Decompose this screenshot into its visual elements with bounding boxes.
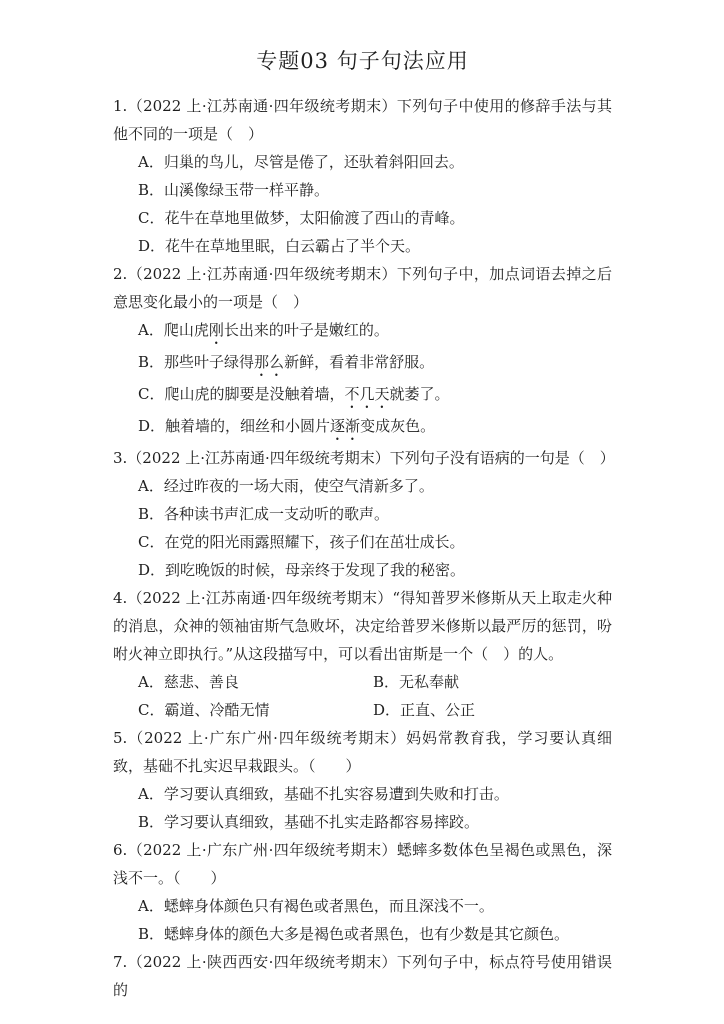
option-label: A．: [138, 897, 164, 915]
question-2-option-b: B．那些叶子绿得那么新鲜，看着非常舒服。: [138, 348, 612, 380]
question-2: 2.（2022 上·江苏南通·四年级统考期末）下列句子中，加点词语去掉之后意思变…: [113, 260, 612, 444]
question-5-option-a: A．学习要认真细致，基础不扎实容易遭到失败和打击。: [138, 780, 612, 808]
question-2-option-d: D．触着墙的，细丝和小圆片逐渐变成灰色。: [138, 412, 612, 444]
option-label: B．: [138, 925, 164, 943]
option-text: 爬山虎: [164, 321, 209, 339]
option-label: B．: [138, 181, 164, 199]
question-2-option-c: C．爬山虎的脚要是没触着墙，不几天就萎了。: [138, 380, 612, 412]
question-4-option-c: C．霸道、冷酷无情: [138, 696, 373, 724]
option-label: A．: [138, 785, 164, 803]
option-label: A．: [138, 673, 164, 691]
option-text: 就萎了。: [390, 385, 450, 403]
option-text: 无私奉献: [399, 673, 459, 691]
question-2-stem: 2.（2022 上·江苏南通·四年级统考期末）下列句子中，加点词语去掉之后意思变…: [113, 260, 612, 316]
question-5-option-b: B．学习要认真细致，基础不扎实走路都容易摔跤。: [138, 808, 612, 836]
option-text: 学习要认真细致，基础不扎实容易遭到失败和打击。: [164, 785, 509, 803]
question-4-option-a: A．慈悲、善良: [138, 668, 373, 696]
question-4-option-d: D．正直、公正: [373, 696, 612, 724]
option-label: A．: [138, 321, 164, 339]
option-text: 归巢的鸟儿，尽管是倦了，还驮着斜阳回去。: [164, 153, 464, 171]
question-4-option-b: B．无私奉献: [373, 668, 612, 696]
option-text: 山溪像绿玉带一样平静。: [164, 181, 329, 199]
emphasized-word: 刚: [209, 321, 224, 339]
option-label: D．: [373, 701, 400, 719]
question-4-stem: 4.（2022 上·江苏南通·四年级统考期末）“得知普罗米修斯从天上取走火种的消…: [113, 584, 612, 668]
question-3: 3.（2022 上·江苏南通·四年级统考期末）下列句子没有语病的一句是（ ） A…: [113, 444, 612, 584]
option-label: D．: [138, 561, 165, 579]
option-label: C．: [138, 209, 164, 227]
question-3-option-b: B．各种读书声汇成一支动听的歌声。: [138, 500, 612, 528]
page-title: 专题03 句子句法应用: [113, 46, 612, 76]
question-2-option-a: A．爬山虎刚长出来的叶子是嫩红的。: [138, 316, 612, 348]
option-text: 各种读书声汇成一支动听的歌声。: [164, 505, 389, 523]
question-6: 6.（2022 上·广东广州·四年级统考期末）蟋蟀多数体色呈褐色或黑色，深浅不一…: [113, 836, 612, 948]
question-3-option-c: C．在党的阳光雨露照耀下，孩子们在茁壮成长。: [138, 528, 612, 556]
option-text: 新鲜，看着非常舒服。: [284, 353, 434, 371]
question-1-stem: 1.（2022 上·江苏南通·四年级统考期末）下列句子中使用的修辞手法与其他不同…: [113, 92, 612, 148]
question-1-option-b: B．山溪像绿玉带一样平静。: [138, 176, 612, 204]
question-4-options: A．慈悲、善良 B．无私奉献 C．霸道、冷酷无情 D．正直、公正: [138, 668, 612, 724]
option-text: 慈悲、善良: [164, 673, 239, 691]
option-text: 蟋蟀身体颜色只有褐色或者黑色，而且深浅不一。: [164, 897, 494, 915]
option-text: 变成灰色。: [360, 417, 435, 435]
option-label: B．: [373, 673, 399, 691]
option-label: A．: [138, 153, 164, 171]
option-text: 霸道、冷酷无情: [164, 701, 269, 719]
option-label: C．: [138, 701, 164, 719]
question-7: 7.（2022 上·陕西西安·四年级统考期末）下列句子中，标点符号使用错误的: [113, 948, 612, 1004]
option-text: 到吃晚饭的时候，母亲终于发现了我的秘密。: [165, 561, 465, 579]
option-text: 学习要认真细致，基础不扎实走路都容易摔跤。: [164, 813, 479, 831]
option-label: C．: [138, 385, 164, 403]
option-text: 触着墙的，细丝和小圆片: [165, 417, 330, 435]
question-5-stem: 5.（2022 上·广东广州·四年级统考期末）妈妈常教育我，学习要认真细致，基础…: [113, 724, 612, 780]
question-6-option-a: A．蟋蟀身体颜色只有褐色或者黑色，而且深浅不一。: [138, 892, 612, 920]
question-4: 4.（2022 上·江苏南通·四年级统考期末）“得知普罗米修斯从天上取走火种的消…: [113, 584, 612, 724]
option-text: 经过昨夜的一场大雨，使空气清新多了。: [164, 477, 434, 495]
question-7-stem: 7.（2022 上·陕西西安·四年级统考期末）下列句子中，标点符号使用错误的: [113, 948, 612, 1004]
question-1-option-a: A．归巢的鸟儿，尽管是倦了，还驮着斜阳回去。: [138, 148, 612, 176]
option-label: B．: [138, 505, 164, 523]
option-text: 长出来的叶子是嫩红的。: [224, 321, 389, 339]
question-6-stem: 6.（2022 上·广东广州·四年级统考期末）蟋蟀多数体色呈褐色或黑色，深浅不一…: [113, 836, 612, 892]
option-label: B．: [138, 353, 164, 371]
emphasized-word: 逐渐: [330, 417, 360, 435]
question-5: 5.（2022 上·广东广州·四年级统考期末）妈妈常教育我，学习要认真细致，基础…: [113, 724, 612, 836]
option-text: 那些叶子绿得: [164, 353, 254, 371]
option-label: D．: [138, 237, 165, 255]
question-3-stem: 3.（2022 上·江苏南通·四年级统考期末）下列句子没有语病的一句是（ ）: [113, 444, 612, 472]
option-text: 在党的阳光雨露照耀下，孩子们在茁壮成长。: [164, 533, 464, 551]
option-text: 正直、公正: [400, 701, 475, 719]
question-3-option-d: D．到吃晚饭的时候，母亲终于发现了我的秘密。: [138, 556, 612, 584]
option-label: B．: [138, 813, 164, 831]
question-3-option-a: A．经过昨夜的一场大雨，使空气清新多了。: [138, 472, 612, 500]
option-label: D．: [138, 417, 165, 435]
option-text: 花牛在草地里眠，白云霸占了半个天。: [165, 237, 420, 255]
emphasized-word: 不几天: [345, 385, 390, 403]
question-1-option-d: D．花牛在草地里眠，白云霸占了半个天。: [138, 232, 612, 260]
option-label: A．: [138, 477, 164, 495]
option-text: 爬山虎的脚要是没触着墙，: [164, 385, 344, 403]
question-1: 1.（2022 上·江苏南通·四年级统考期末）下列句子中使用的修辞手法与其他不同…: [113, 92, 612, 260]
emphasized-word: 那么: [254, 353, 284, 371]
question-1-option-c: C．花牛在草地里做梦，太阳偷渡了西山的青峰。: [138, 204, 612, 232]
option-text: 蟋蟀身体的颜色大多是褐色或者黑色，也有少数是其它颜色。: [164, 925, 569, 943]
option-label: C．: [138, 533, 164, 551]
document-page: 专题03 句子句法应用 1.（2022 上·江苏南通·四年级统考期末）下列句子中…: [0, 0, 724, 1024]
option-text: 花牛在草地里做梦，太阳偷渡了西山的青峰。: [164, 209, 464, 227]
question-6-option-b: B．蟋蟀身体的颜色大多是褐色或者黑色，也有少数是其它颜色。: [138, 920, 612, 948]
